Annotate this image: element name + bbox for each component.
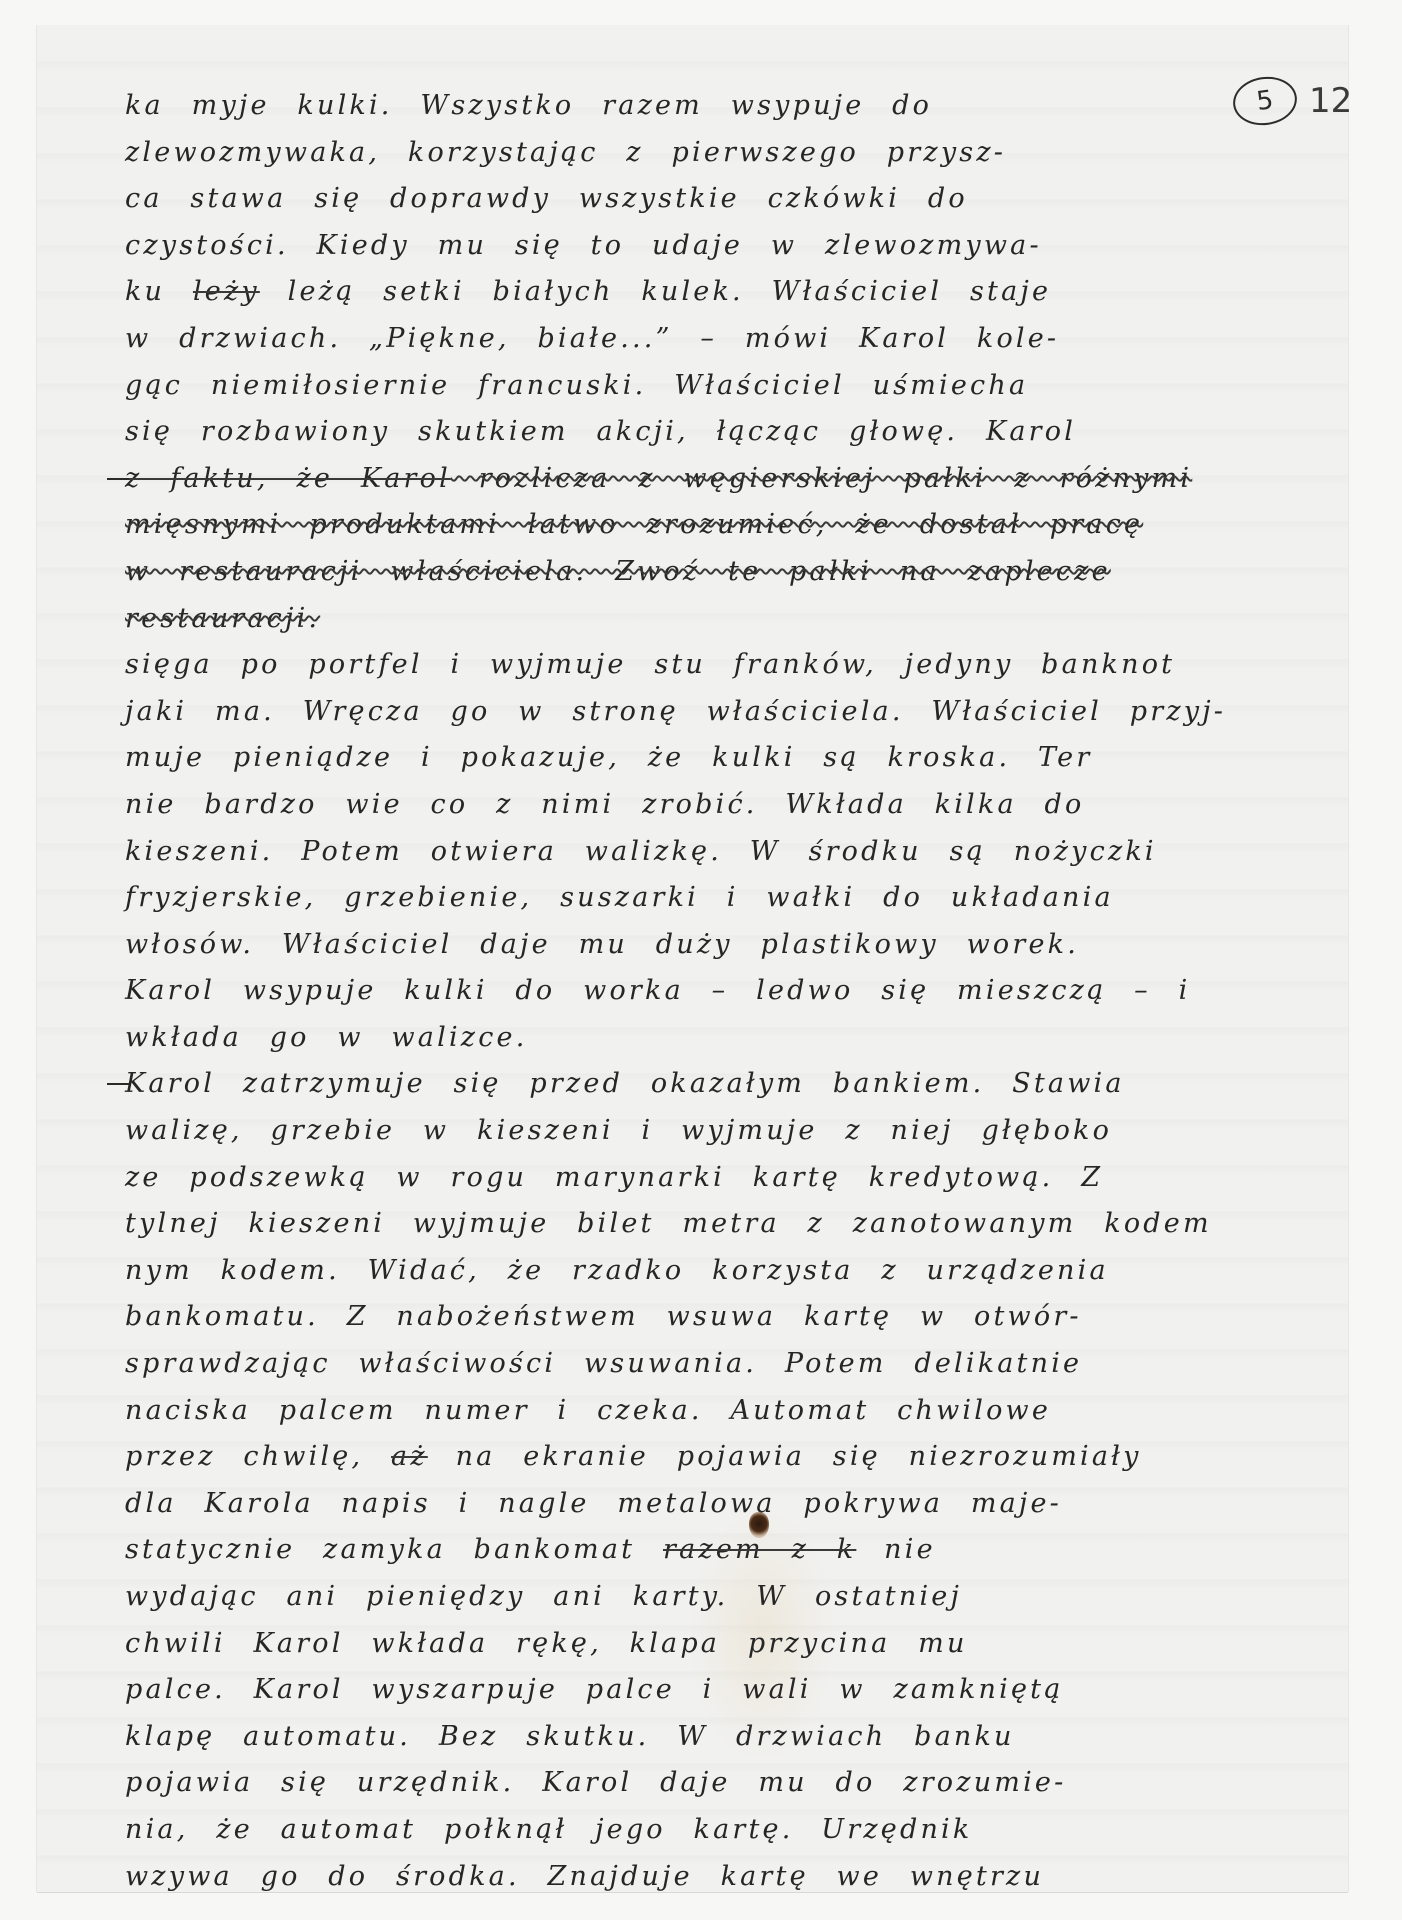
line-text: naciska palcem numer i czeka. Automat ch… (125, 1388, 1051, 1435)
struck-text: aż (391, 1441, 428, 1472)
line-text: nie bardzo wie co z nimi zrobić. Wkłada … (125, 782, 1084, 829)
line-text: wydając ani pieniędzy ani karty. W ostat… (125, 1574, 962, 1621)
manuscript-line: ka myje kulki. Wszystko razem wsypuje do (125, 83, 1365, 130)
struck-text: razem z k (663, 1534, 856, 1565)
manuscript-line: wydając ani pieniędzy ani karty. W ostat… (125, 1574, 1365, 1621)
line-text: sięga po portfel i wyjmuje stu franków, … (125, 642, 1175, 689)
line-text: klapę automatu. Bez skutku. W drzwiach b… (125, 1714, 1015, 1761)
manuscript-line: włosów. Właściciel daje mu duży plastiko… (125, 922, 1365, 969)
manuscript-line: przez chwilę, aż na ekranie pojawia się … (125, 1434, 1365, 1481)
manuscript-line: w restauracji właściciela. Zwoź te pałki… (125, 549, 1365, 596)
handwritten-text-block: ka myje kulki. Wszystko razem wsypuje do… (125, 83, 1365, 1900)
line-text: przez chwilę, aż na ekranie pojawia się … (125, 1434, 1142, 1481)
line-text: w drzwiach. „Piękne, białe...” – mówi Ka… (125, 316, 1059, 363)
manuscript-line: naciska palcem numer i czeka. Automat ch… (125, 1388, 1365, 1435)
manuscript-line: nym kodem. Widać, że rzadko korzysta z u… (125, 1248, 1365, 1295)
manuscript-line: muje pieniądze i pokazuje, że kulki są k… (125, 735, 1365, 782)
manuscript-line: się rozbawiony skutkiem akcji, łącząc gł… (125, 409, 1365, 456)
manuscript-line: ze podszewką w rogu marynarki kartę kred… (125, 1155, 1365, 1202)
manuscript-line: palce. Karol wyszarpuje palce i wali w z… (125, 1667, 1365, 1714)
manuscript-line: ku leży leżą setki białych kulek. Właści… (125, 269, 1365, 316)
line-text: tylnej kieszeni wyjmuje bilet metra z za… (125, 1201, 1212, 1248)
manuscript-line: w drzwiach. „Piękne, białe...” – mówi Ka… (125, 316, 1365, 363)
line-text: dla Karola napis i nagle metalowa pokryw… (125, 1481, 1062, 1528)
manuscript-line: wkłada go w walizce. (125, 1015, 1365, 1062)
manuscript-line: pojawia się urzędnik. Karol daje mu do z… (125, 1760, 1365, 1807)
manuscript-line: Karol wsypuje kulki do worka – ledwo się… (125, 968, 1365, 1015)
manuscript-line: statycznie zamyka bankomat razem z k nie (125, 1527, 1365, 1574)
line-text: włosów. Właściciel daje mu duży plastiko… (125, 922, 1079, 969)
line-text: restauracji. (125, 596, 320, 643)
manuscript-line: fryzjerskie, grzebienie, suszarki i wałk… (125, 875, 1365, 922)
line-text: ze podszewką w rogu marynarki kartę kred… (125, 1155, 1103, 1202)
manuscript-line: z faktu, że Karol rozlicza z węgierskiej… (125, 456, 1365, 503)
line-text: czystości. Kiedy mu się to udaje w zlewo… (125, 223, 1042, 270)
manuscript-line: czystości. Kiedy mu się to udaje w zlewo… (125, 223, 1365, 270)
manuscript-line: chwili Karol wkłada rękę, klapa przycina… (125, 1621, 1365, 1668)
manuscript-line: dla Karola napis i nagle metalowa pokryw… (125, 1481, 1365, 1528)
line-text: się rozbawiony skutkiem akcji, łącząc gł… (125, 409, 1076, 456)
manuscript-line: Karol zatrzymuje się przed okazałym bank… (125, 1061, 1365, 1108)
manuscript-line: restauracji. (125, 596, 1365, 643)
line-text: mięsnymi produktami łatwo zrozumieć, że … (125, 502, 1143, 549)
struck-text: rozlicza z węgierskiej pałki z różnymi (451, 463, 1192, 494)
line-text: ca stawa się doprawdy wszystkie czkówki … (125, 176, 968, 223)
line-text: walizę, grzebie w kieszeni i wyjmuje z n… (125, 1108, 1112, 1155)
paragraph-dash (107, 1083, 129, 1085)
line-text: Karol wsypuje kulki do worka – ledwo się… (125, 968, 1191, 1015)
manuscript-line: jaki ma. Wręcza go w stronę właściciela.… (125, 689, 1365, 736)
manuscript-line: nia, że automat połknął jego kartę. Urzę… (125, 1807, 1365, 1854)
line-text: wkłada go w walizce. (125, 1015, 528, 1062)
line-text: jaki ma. Wręcza go w stronę właściciela.… (125, 689, 1226, 736)
line-text: chwili Karol wkłada rękę, klapa przycina… (125, 1621, 968, 1668)
struck-text: z faktu, że Karol (125, 463, 451, 494)
manuscript-line: walizę, grzebie w kieszeni i wyjmuje z n… (125, 1108, 1365, 1155)
line-text: nym kodem. Widać, że rzadko korzysta z u… (125, 1248, 1109, 1295)
line-text: Karol zatrzymuje się przed okazałym bank… (125, 1061, 1125, 1108)
manuscript-line: mięsnymi produktami łatwo zrozumieć, że … (125, 502, 1365, 549)
manuscript-line: wzywa go do środka. Znajduje kartę we wn… (125, 1854, 1365, 1901)
manuscript-line: bankomatu. Z nabożeństwem wsuwa kartę w … (125, 1294, 1365, 1341)
manuscript-line: gąc niemiłosiernie francuski. Właściciel… (125, 363, 1365, 410)
line-text: muje pieniądze i pokazuje, że kulki są k… (125, 735, 1092, 782)
manuscript-line: tylnej kieszeni wyjmuje bilet metra z za… (125, 1201, 1365, 1248)
line-text: nia, że automat połknął jego kartę. Urzę… (125, 1807, 972, 1854)
manuscript-line: zlewozmywaka, korzystając z pierwszego p… (125, 130, 1365, 177)
paragraph-dash (107, 478, 129, 480)
line-text: fryzjerskie, grzebienie, suszarki i wałk… (125, 875, 1114, 922)
line-text: ka myje kulki. Wszystko razem wsypuje do (125, 83, 932, 130)
manuscript-line: klapę automatu. Bez skutku. W drzwiach b… (125, 1714, 1365, 1761)
manuscript-line: kieszeni. Potem otwiera walizkę. W środk… (125, 829, 1365, 876)
line-text: statycznie zamyka bankomat razem z k nie (125, 1527, 936, 1574)
line-text: wzywa go do środka. Znajduje kartę we wn… (125, 1854, 1044, 1901)
struck-text: leży (193, 276, 260, 307)
line-text: sprawdzając właściwości wsuwania. Potem … (125, 1341, 1082, 1388)
line-text: pojawia się urzędnik. Karol daje mu do z… (125, 1760, 1066, 1807)
line-text: zlewozmywaka, korzystając z pierwszego p… (125, 130, 1006, 177)
line-text: bankomatu. Z nabożeństwem wsuwa kartę w … (125, 1294, 1082, 1341)
line-text: w restauracji właściciela. Zwoź te pałki… (125, 549, 1111, 596)
manuscript-line: sięga po portfel i wyjmuje stu franków, … (125, 642, 1365, 689)
manuscript-page: 5 12 ka myje kulki. Wszystko razem wsypu… (37, 25, 1348, 1892)
manuscript-line: sprawdzając właściwości wsuwania. Potem … (125, 1341, 1365, 1388)
manuscript-line: nie bardzo wie co z nimi zrobić. Wkłada … (125, 782, 1365, 829)
line-text: kieszeni. Potem otwiera walizkę. W środk… (125, 829, 1157, 876)
line-text: gąc niemiłosiernie francuski. Właściciel… (125, 363, 1028, 410)
manuscript-line: ca stawa się doprawdy wszystkie czkówki … (125, 176, 1365, 223)
line-text: palce. Karol wyszarpuje palce i wali w z… (125, 1667, 1064, 1714)
line-text: z faktu, że Karol rozlicza z węgierskiej… (125, 456, 1192, 503)
line-text: ku leży leżą setki białych kulek. Właści… (125, 269, 1051, 316)
